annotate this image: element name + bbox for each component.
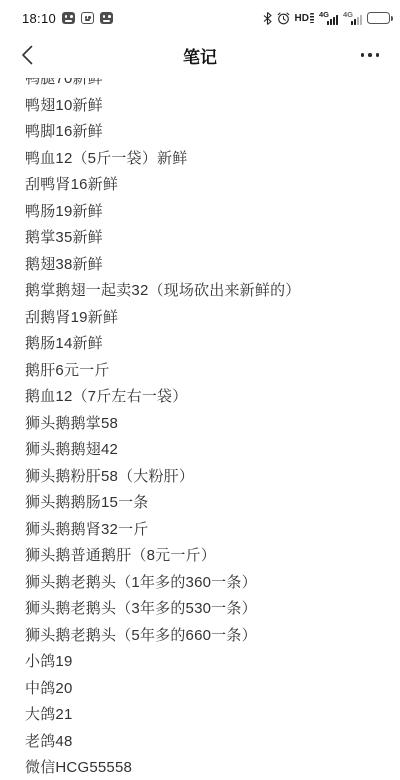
note-line: 狮头鹅老鹅头（1年多的360一条） bbox=[25, 570, 380, 597]
note-line: 鹅肝6元一斤 bbox=[25, 358, 380, 385]
status-bar: 18:10 HD 4G bbox=[0, 0, 400, 32]
note-line: 鸭血12（5斤一袋）新鲜 bbox=[25, 146, 380, 173]
signal-strength-icon-sim1: 4G bbox=[319, 11, 338, 26]
note-line: 狮头鹅老鹅头（3年多的530一条） bbox=[25, 596, 380, 623]
note-line: 鸭腿70新鲜 bbox=[25, 78, 380, 93]
note-line: 狮头鹅普通鹅肝（8元一斤） bbox=[25, 543, 380, 570]
signal-strength-icon-sim2: 4G bbox=[343, 11, 362, 26]
ellipsis-icon bbox=[361, 53, 365, 57]
note-line: 鹅血12（7斤左右一袋） bbox=[25, 384, 380, 411]
note-line: 鹅翅38新鲜 bbox=[25, 252, 380, 279]
note-line: 鹅掌鹅翅一起卖32（现场砍出来新鲜的） bbox=[25, 278, 380, 305]
note-line: 狮头鹅粉肝58（大粉肝） bbox=[25, 464, 380, 491]
note-line: 微信HCG55558 bbox=[25, 755, 380, 780]
note-line: 狮头鹅老鹅头（5年多的660一条） bbox=[25, 623, 380, 650]
note-header: 笔记 bbox=[0, 32, 400, 78]
alarm-clock-icon bbox=[277, 12, 290, 25]
note-line: 小鸽19 bbox=[25, 649, 380, 676]
app-notification-icon bbox=[62, 12, 75, 24]
note-body[interactable]: 鸭腿70新鲜鸭翅10新鲜鸭脚16新鲜鸭血12（5斤一袋）新鲜刮鸭肾16新鲜鸭肠1… bbox=[0, 78, 400, 780]
note-content-area[interactable]: 鸭腿70新鲜鸭翅10新鲜鸭脚16新鲜鸭血12（5斤一袋）新鲜刮鸭肾16新鲜鸭肠1… bbox=[0, 78, 400, 780]
note-line: 狮头鹅鹅掌58 bbox=[25, 411, 380, 438]
clock-time: 18:10 bbox=[22, 11, 56, 26]
note-line: 大鸽21 bbox=[25, 702, 380, 729]
bluetooth-icon bbox=[263, 12, 272, 25]
note-line: 刮鹅肾19新鲜 bbox=[25, 305, 380, 332]
note-line: 老鸽48 bbox=[25, 729, 380, 756]
note-line: 鸭脚16新鲜 bbox=[25, 119, 380, 146]
hd-volte-icon: HD bbox=[295, 13, 314, 24]
note-line: 鸭肠19新鲜 bbox=[25, 199, 380, 226]
note-line: 狮头鹅鹅肠15一条 bbox=[25, 490, 380, 517]
app-notification-icon bbox=[100, 12, 113, 24]
app-notification-icon bbox=[81, 12, 94, 24]
more-options-button[interactable] bbox=[354, 42, 386, 68]
note-line: 刮鸭肾16新鲜 bbox=[25, 172, 380, 199]
note-line: 狮头鹅鹅翅42 bbox=[25, 437, 380, 464]
note-line: 中鸽20 bbox=[25, 676, 380, 703]
note-line: 鸭翅10新鲜 bbox=[25, 93, 380, 120]
battery-icon bbox=[367, 12, 390, 24]
page-title: 笔记 bbox=[0, 43, 400, 68]
note-line: 狮头鹅鹅肾32一斤 bbox=[25, 517, 380, 544]
note-line: 鹅掌35新鲜 bbox=[25, 225, 380, 252]
note-line: 鹅肠14新鲜 bbox=[25, 331, 380, 358]
